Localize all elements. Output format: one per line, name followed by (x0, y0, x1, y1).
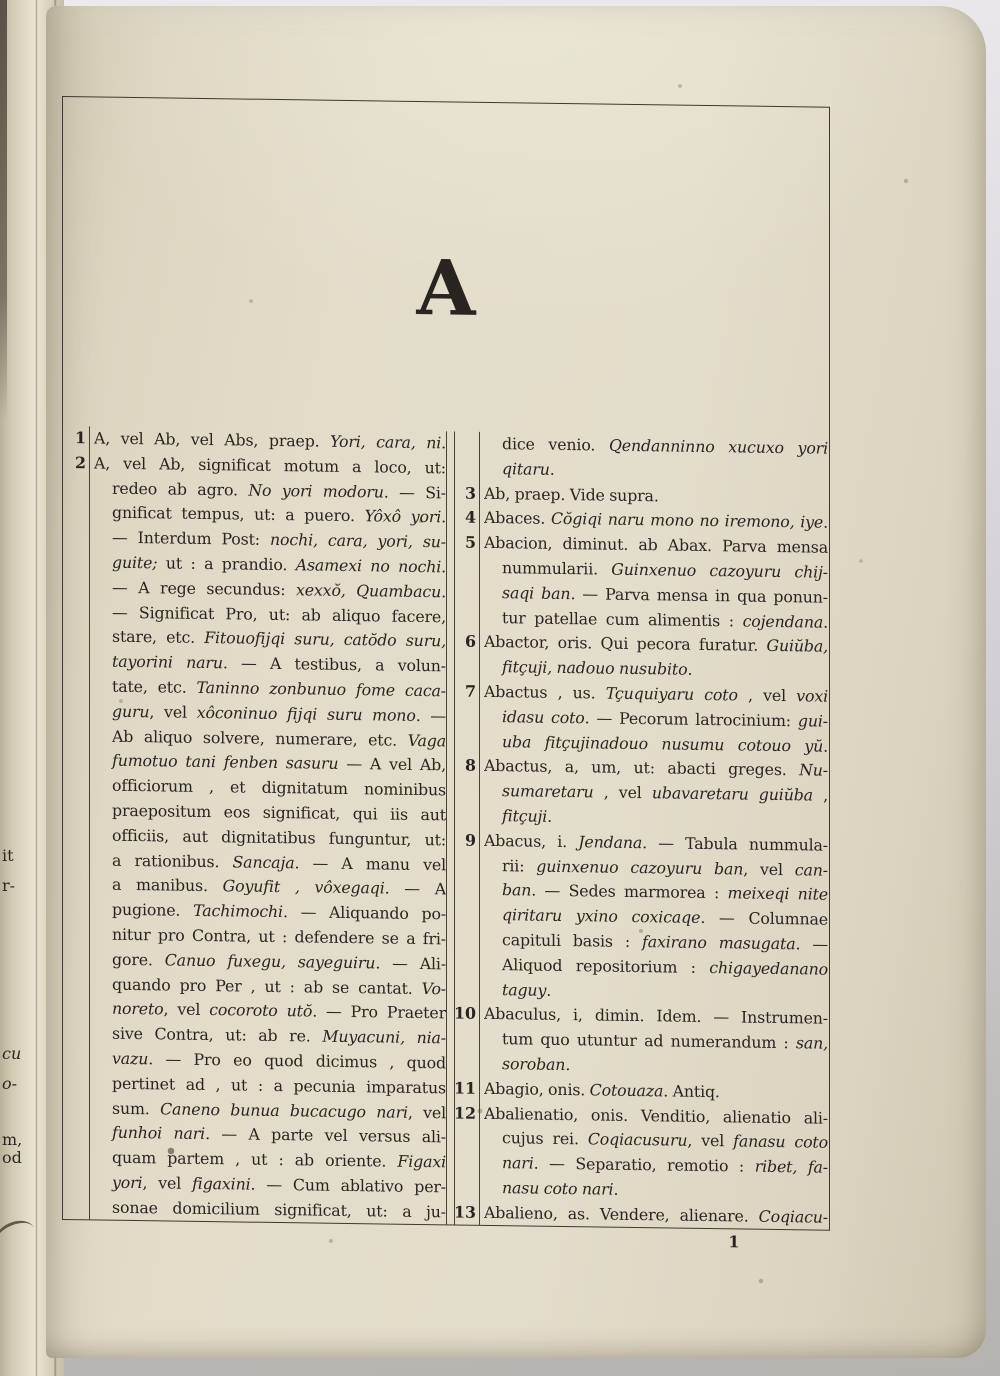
printed-frame: A 12 A, vel Ab, vel Abs, praep. Yori, ca… (62, 96, 830, 1231)
section-letter-heading: A (63, 245, 829, 332)
photo-background: itr-cuo-m,od A 12 A, vel Ab, vel Abs, pr… (0, 0, 1000, 1376)
paper-specks (46, 6, 48, 8)
facing-page-text-fragment: r- (2, 876, 15, 896)
entry-number: 11 (452, 1076, 476, 1101)
facing-page-text-fragment: od (2, 1148, 22, 1168)
page-fold-crease (0, 1215, 40, 1259)
entry-number: 6 (452, 630, 476, 655)
facing-page-text-fragment: cu (2, 1044, 21, 1064)
entry-number: 8 (452, 754, 476, 779)
center-entry-number-gutter: 345678910111213 (455, 431, 480, 1224)
text-line: sonae domicilium significat, ut: a ju- (94, 1195, 446, 1225)
book-page: A 12 A, vel Ab, vel Abs, praep. Yori, ca… (46, 6, 986, 1358)
facing-page-text-fragment: o- (2, 1074, 17, 1094)
entry-number: 13 (452, 1200, 476, 1225)
entry-number: 10 (452, 1002, 476, 1027)
text-line: Abalieno, as. Vendere, alienare. Coqiacu… (484, 1201, 828, 1231)
facing-page-text-fragment: m, (2, 1130, 22, 1150)
entry-number: 1 (60, 426, 86, 451)
right-text-column: dice venio. Qendanninno xucuxo yoriqitar… (484, 432, 828, 1230)
page-edge-shadow (0, 0, 7, 420)
left-entry-number-gutter: 12 (63, 426, 90, 1219)
left-text-column: A, vel Ab, vel Abs, praep. Yori, cara, n… (94, 426, 446, 1224)
entry-number: 2 (60, 451, 86, 476)
entry-number: 3 (452, 481, 476, 506)
entry-number: 12 (452, 1101, 476, 1126)
page-number: 1 (664, 1231, 804, 1252)
entry-number: 5 (452, 531, 476, 556)
entry-number: 7 (452, 679, 476, 704)
entry-number: 9 (452, 828, 476, 853)
facing-page-text-fragment: it (2, 846, 14, 866)
entry-number: 4 (452, 506, 476, 531)
